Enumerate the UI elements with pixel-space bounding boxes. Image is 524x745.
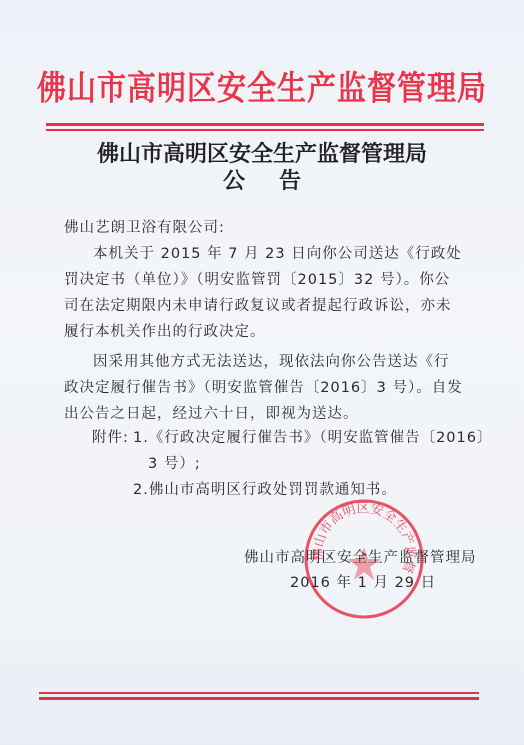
document-title: 佛山市高明区安全生产监督管理局 bbox=[0, 140, 524, 168]
attachment-1-line2: 3 号）; bbox=[148, 451, 201, 477]
signature-organization: 佛山市高明区安全生产监督管理局 bbox=[244, 545, 477, 571]
letterhead-rule-top bbox=[46, 123, 484, 126]
document-page: 佛山市高明区安全生产监督管理局 佛山市高明区安全生产监督管理局 公告 佛山艺朗卫… bbox=[0, 0, 524, 745]
letterhead-rule-bottom bbox=[46, 129, 484, 131]
paragraph-2: 因采用其他方式无法送达，现依法向你公告送达《行政决定履行催告书》（明安监管催告〔… bbox=[64, 349, 464, 427]
document-subtitle: 公告 bbox=[0, 167, 524, 195]
footer-rule-top bbox=[39, 692, 479, 694]
signature-date: 2016 年 1 月 29 日 bbox=[290, 570, 436, 596]
footer-rule-bottom bbox=[39, 697, 479, 700]
document-body: 佛山艺朗卫浴有限公司: 本机关于 2015 年 7 月 23 日向你公司送达《行… bbox=[64, 215, 464, 427]
recipient: 佛山艺朗卫浴有限公司: bbox=[64, 215, 464, 241]
attachment-1-line1: 1.《行政决定履行催告书》（明安监管催告〔2016〕 bbox=[133, 425, 492, 451]
attachments-label: 附件: bbox=[92, 425, 129, 451]
paragraph-1: 本机关于 2015 年 7 月 23 日向你公司送达《行政处罚决定书（单位）》（… bbox=[64, 241, 464, 345]
letterhead-title: 佛山市高明区安全生产监督管理局 bbox=[0, 65, 524, 111]
